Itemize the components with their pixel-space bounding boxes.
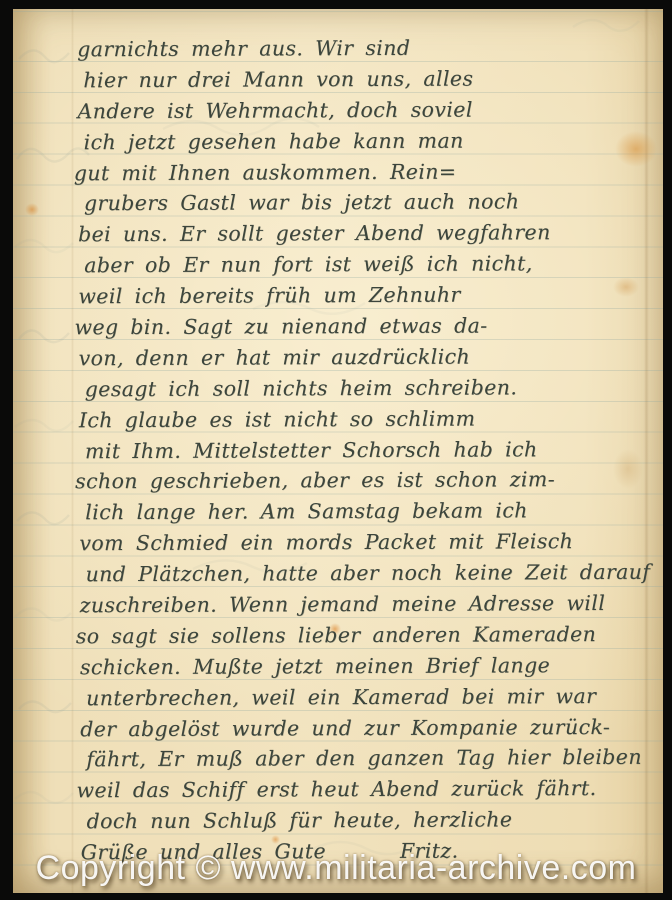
letter-line: vom Schmied ein mords Packet mit Fleisch	[79, 526, 661, 559]
letter-line: gut mit Ihnen auskommen. Rein=	[74, 155, 660, 188]
letter-line: unterbrechen, weil ein Kamerad bei mir w…	[86, 680, 662, 713]
letter-line: hier nur drei Mann von uns, alles	[83, 63, 659, 96]
scanned-letter-photo: garnichts mehr aus. Wir sind hier nur dr…	[0, 0, 672, 900]
letter-line: doch nun Schluß für heute, herzliche	[87, 804, 663, 837]
letter-line: grubers Gastl war bis jetzt auch noch	[84, 186, 660, 219]
letter-line: Andere ist Wehrmacht, doch soviel	[77, 94, 659, 127]
letter-line: so sagt sie sollens lieber anderen Kamer…	[76, 619, 662, 652]
letter-line: bei uns. Er sollt gester Abend wegfahren	[78, 217, 660, 250]
letter-text: garnichts mehr aus. Wir sind hier nur dr…	[77, 32, 663, 869]
letter-line: Ich glaube es ist nicht so schlimm	[79, 402, 661, 435]
letter-line: garnichts mehr aus. Wir sind	[77, 32, 659, 65]
letter-line: aber ob Er nun fort ist weiß ich nicht,	[84, 248, 660, 281]
letter-line: schicken. Mußte jetzt meinen Brief lange	[80, 650, 662, 683]
letter-line: zuschreiben. Wenn jemand meine Adresse w…	[80, 588, 662, 621]
letter-line: lich lange her. Am Samstag bekam ich	[85, 495, 661, 528]
copyright-watermark: Copyright © www.militaria-archive.com	[0, 849, 672, 888]
letter-line: der abgelöst wurde und zur Kompanie zurü…	[80, 711, 662, 744]
letter-line: von, denn er hat mir auzdrücklich	[79, 341, 661, 374]
letter-line: gesagt ich soll nichts heim schreiben.	[85, 372, 661, 405]
letter-line: weg bin. Sagt zu nienand etwas da-	[74, 310, 660, 343]
letter-line: weil ich bereits früh um Zehnuhr	[78, 279, 660, 312]
letter-line: mit Ihm. Mittelstetter Schorsch hab ich	[85, 433, 661, 466]
letter-line: fährt, Er muß aber den ganzen Tag hier b…	[86, 742, 662, 775]
letter-line: weil das Schiff erst heut Abend zurück f…	[76, 773, 662, 806]
letter-line: schon geschrieben, aber es ist schon zim…	[75, 464, 661, 497]
letter-line: ich jetzt gesehen habe kann man	[84, 124, 660, 157]
letter-page: garnichts mehr aus. Wir sind hier nur dr…	[13, 9, 663, 893]
letter-line: und Plätzchen, hatte aber noch keine Zei…	[85, 557, 661, 590]
